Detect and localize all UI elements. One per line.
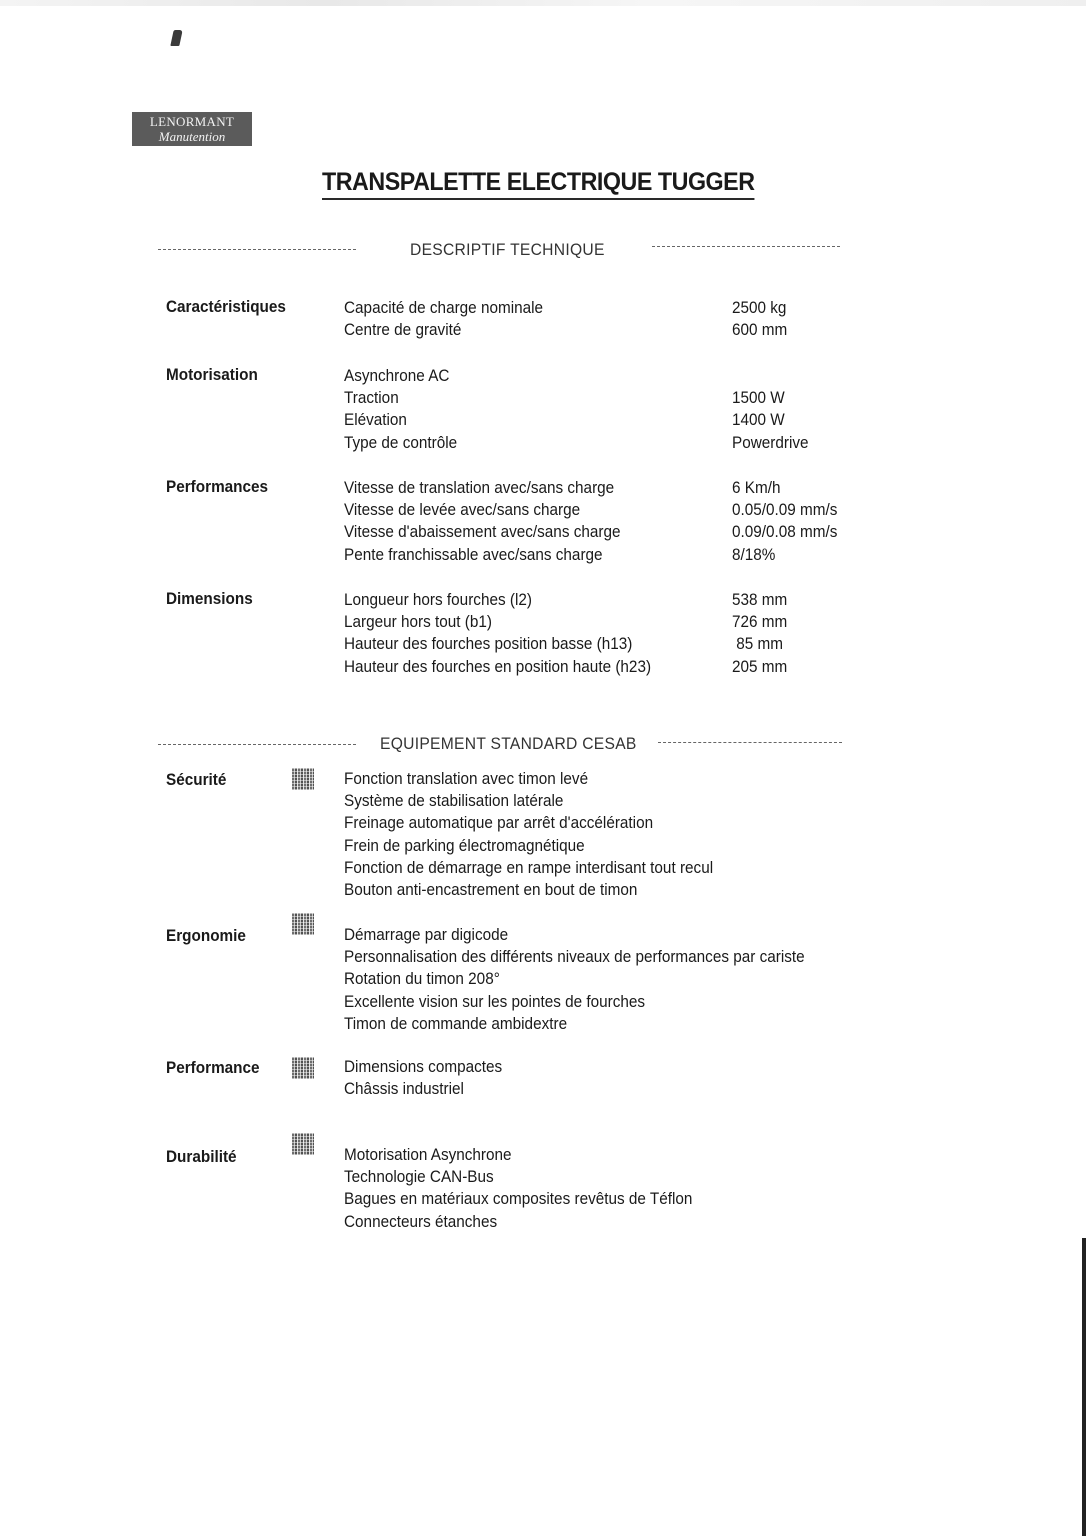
spec-labels: Vitesse de translation avec/sans chargeV… bbox=[344, 477, 621, 566]
technical-heading: DESCRIPTIF TECHNIQUE bbox=[410, 240, 605, 260]
equipment-item: Personnalisation des différents niveaux … bbox=[344, 946, 805, 968]
spec-value: 1500 W bbox=[732, 387, 809, 409]
qr-code-icon bbox=[292, 1133, 314, 1155]
qr-code-icon bbox=[292, 1057, 314, 1079]
spec-value: 0.09/0.08 mm/s bbox=[732, 521, 837, 543]
spec-values: 6 Km/h0.05/0.09 mm/s0.09/0.08 mm/s8/18% bbox=[732, 477, 837, 566]
section-rule-left bbox=[158, 744, 356, 745]
spec-value: 538 mm bbox=[732, 589, 787, 611]
equipment-items: Fonction translation avec timon levéSyst… bbox=[344, 768, 713, 901]
spec-label: Centre de gravité bbox=[344, 319, 543, 341]
logo-line1: LENORMANT bbox=[132, 112, 252, 128]
spec-label: Longueur hors fourches (l2) bbox=[344, 589, 651, 611]
equipment-heading: EQUIPEMENT STANDARD CESAB bbox=[380, 734, 637, 754]
equipment-item: Dimensions compactes bbox=[344, 1056, 502, 1078]
spec-value: 600 mm bbox=[732, 319, 787, 341]
equipment-item: Motorisation Asynchrone bbox=[344, 1144, 692, 1166]
spec-value: 85 mm bbox=[732, 633, 787, 655]
spec-label: Vitesse d'abaissement avec/sans charge bbox=[344, 521, 621, 543]
spec-category: Motorisation bbox=[166, 365, 258, 385]
spec-value: Powerdrive bbox=[732, 432, 809, 454]
spec-labels: Longueur hors fourches (l2)Largeur hors … bbox=[344, 589, 651, 678]
spec-label: Type de contrôle bbox=[344, 432, 457, 454]
spec-label: Asynchrone AC bbox=[344, 365, 457, 387]
spec-value: 6 Km/h bbox=[732, 477, 837, 499]
equipment-item: Fonction translation avec timon levé bbox=[344, 768, 713, 790]
equipment-item: Frein de parking électromagnétique bbox=[344, 835, 713, 857]
equipment-category: Sécurité bbox=[166, 770, 226, 790]
spec-label: Pente franchissable avec/sans charge bbox=[344, 544, 621, 566]
spec-label: Hauteur des fourches position basse (h13… bbox=[344, 633, 651, 655]
qr-code-icon bbox=[292, 913, 314, 935]
spec-label: Largeur hors tout (b1) bbox=[344, 611, 651, 633]
spec-values: 538 mm726 mm 85 mm205 mm bbox=[732, 589, 787, 678]
spec-category: Caractéristiques bbox=[166, 297, 286, 317]
spec-value: 205 mm bbox=[732, 656, 787, 678]
equipment-item: Excellente vision sur les pointes de fou… bbox=[344, 991, 805, 1013]
spec-label: Hauteur des fourches en position haute (… bbox=[344, 656, 651, 678]
spec-labels: Asynchrone ACTractionElévationType de co… bbox=[344, 365, 457, 454]
equipment-category: Durabilité bbox=[166, 1147, 237, 1167]
spec-labels: Capacité de charge nominaleCentre de gra… bbox=[344, 297, 543, 341]
spec-value bbox=[732, 365, 809, 387]
section-rule-right bbox=[658, 742, 842, 743]
spec-value: 8/18% bbox=[732, 544, 837, 566]
equipment-item: Fonction de démarrage en rampe interdisa… bbox=[344, 857, 713, 879]
qr-code-icon bbox=[292, 768, 314, 790]
section-rule-left bbox=[158, 249, 356, 250]
spec-value: 726 mm bbox=[732, 611, 787, 633]
spec-value: 2500 kg bbox=[732, 297, 787, 319]
spec-values: 2500 kg600 mm bbox=[732, 297, 787, 341]
spec-value: 1400 W bbox=[732, 409, 809, 431]
spec-label: Vitesse de translation avec/sans charge bbox=[344, 477, 621, 499]
spec-label: Elévation bbox=[344, 409, 457, 431]
equipment-item: Châssis industriel bbox=[344, 1078, 502, 1100]
spec-value: 0.05/0.09 mm/s bbox=[732, 499, 837, 521]
equipment-items: Démarrage par digicodePersonnalisation d… bbox=[344, 924, 805, 1035]
equipment-item: Système de stabilisation latérale bbox=[344, 790, 713, 812]
equipment-item: Démarrage par digicode bbox=[344, 924, 805, 946]
scan-edge-top bbox=[0, 0, 1086, 6]
spec-label: Vitesse de levée avec/sans charge bbox=[344, 499, 621, 521]
equipment-item: Timon de commande ambidextre bbox=[344, 1013, 805, 1035]
equipment-item: Rotation du timon 208° bbox=[344, 968, 805, 990]
equipment-item: Connecteurs étanches bbox=[344, 1211, 692, 1233]
equipment-item: Bouton anti-encastrement en bout de timo… bbox=[344, 879, 713, 901]
spec-category: Performances bbox=[166, 477, 268, 497]
spec-label: Traction bbox=[344, 387, 457, 409]
scan-speck bbox=[170, 30, 182, 46]
scan-edge-right bbox=[1082, 1238, 1086, 1536]
equipment-category: Performance bbox=[166, 1058, 260, 1078]
equipment-items: Motorisation AsynchroneTechnologie CAN-B… bbox=[344, 1144, 692, 1233]
equipment-item: Bagues en matériaux composites revêtus d… bbox=[344, 1188, 692, 1210]
logo-line2: Manutention bbox=[132, 130, 252, 143]
equipment-category: Ergonomie bbox=[166, 926, 246, 946]
company-logo: LENORMANT Manutention bbox=[132, 112, 252, 146]
document-title: TRANSPALETTE ELECTRIQUE TUGGER bbox=[322, 168, 755, 200]
spec-values: 1500 W1400 WPowerdrive bbox=[732, 365, 809, 454]
spec-label: Capacité de charge nominale bbox=[344, 297, 543, 319]
equipment-item: Technologie CAN-Bus bbox=[344, 1166, 692, 1188]
spec-category: Dimensions bbox=[166, 589, 253, 609]
section-rule-right bbox=[652, 246, 840, 247]
equipment-items: Dimensions compactesChâssis industriel bbox=[344, 1056, 502, 1100]
equipment-item: Freinage automatique par arrêt d'accélér… bbox=[344, 812, 713, 834]
